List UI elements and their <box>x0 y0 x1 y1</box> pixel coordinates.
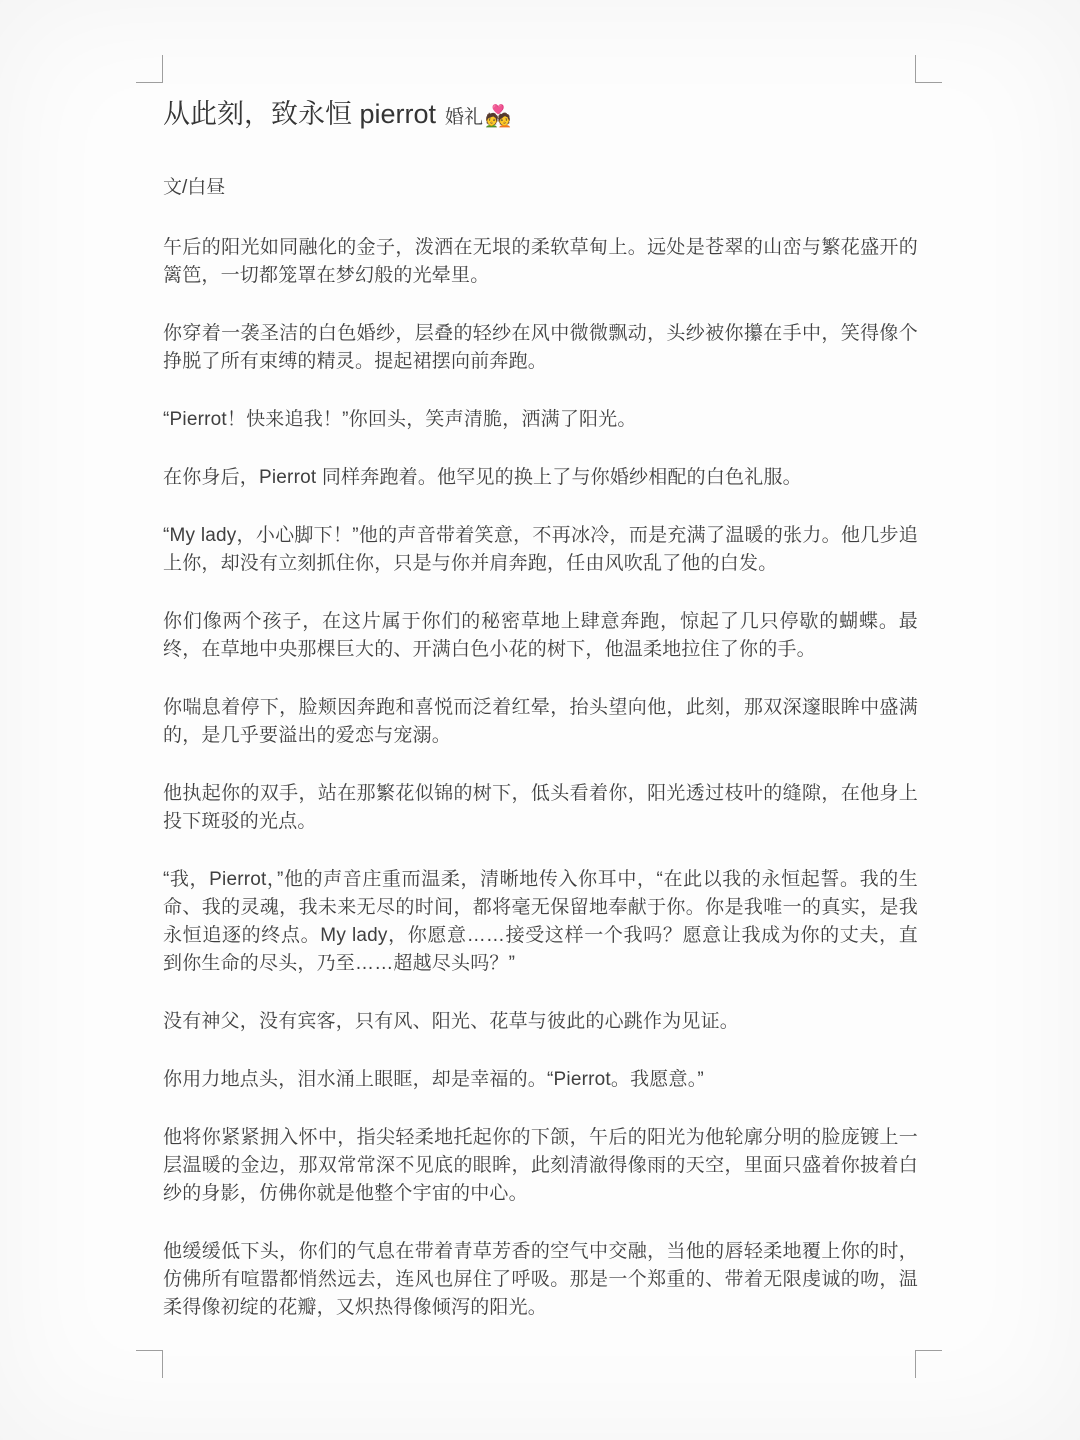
story-paragraph: “Pierrot！快来追我！”你回头，笑声清脆，洒满了阳光。 <box>163 406 918 434</box>
couple-with-heart-emoji: 💑 <box>485 105 511 128</box>
crop-mark-top-left <box>136 55 163 83</box>
story-paragraph: 你穿着一袭圣洁的白色婚纱，层叠的轻纱在风中微微飘动，头纱被你攥在手中，笑得像个挣… <box>163 320 918 376</box>
story-paragraph: 午后的阳光如同融化的金子，泼洒在无垠的柔软草甸上。远处是苍翠的山峦与繁花盛开的篱… <box>163 234 918 290</box>
story-paragraph: 他将你紧紧拥入怀中，指尖轻柔地托起你的下颌，午后的阳光为他轮廓分明的脸庞镀上一层… <box>163 1124 918 1208</box>
title-text: 从此刻，致永恒 pierrot <box>163 99 436 129</box>
story-paragraph: 他执起你的双手，站在那繁花似锦的树下，低头看着你，阳光透过枝叶的缝隙，在他身上投… <box>163 780 918 836</box>
story-paragraph: 他缓缓低下头，你们的气息在带着青草芳香的空气中交融，当他的唇轻柔地覆上你的时，仿… <box>163 1238 918 1322</box>
story-paragraph: 在你身后，Pierrot 同样奔跑着。他罕见的换上了与你婚纱相配的白色礼服。 <box>163 464 918 492</box>
document-page: 从此刻，致永恒 pierrot婚礼💑 文/白昼 午后的阳光如同融化的金子，泼洒在… <box>0 0 1080 1440</box>
crop-mark-bottom-left <box>136 1350 163 1378</box>
story-paragraph: 你用力地点头，泪水涌上眼眶，却是幸福的。“Pierrot。我愿意。” <box>163 1066 918 1094</box>
story-paragraph: 你喘息着停下，脸颊因奔跑和喜悦而泛着红晕，抬头望向他，此刻，那双深邃眼眸中盛满的… <box>163 694 918 750</box>
byline: 文/白昼 <box>163 174 918 202</box>
crop-mark-top-right <box>915 55 942 83</box>
story-paragraph: “我，Pierrot，”他的声音庄重而温柔，清晰地传入你耳中，“在此以我的永恒起… <box>163 866 918 978</box>
page-title: 从此刻，致永恒 pierrot婚礼💑 <box>163 96 918 136</box>
crop-mark-bottom-right <box>915 1350 942 1378</box>
story-body: 午后的阳光如同融化的金子，泼洒在无垠的柔软草甸上。远处是苍翠的山峦与繁花盛开的篱… <box>163 234 918 1322</box>
title-subtitle: 婚礼 <box>445 107 483 128</box>
document-content: 从此刻，致永恒 pierrot婚礼💑 文/白昼 午后的阳光如同融化的金子，泼洒在… <box>163 96 918 1352</box>
story-paragraph: 你们像两个孩子，在这片属于你们的秘密草地上肆意奔跑，惊起了几只停歇的蝴蝶。最终，… <box>163 608 918 664</box>
story-paragraph: “My lady，小心脚下！”他的声音带着笑意，不再冰冷，而是充满了温暖的张力。… <box>163 522 918 578</box>
story-paragraph: 没有神父，没有宾客，只有风、阳光、花草与彼此的心跳作为见证。 <box>163 1008 918 1036</box>
